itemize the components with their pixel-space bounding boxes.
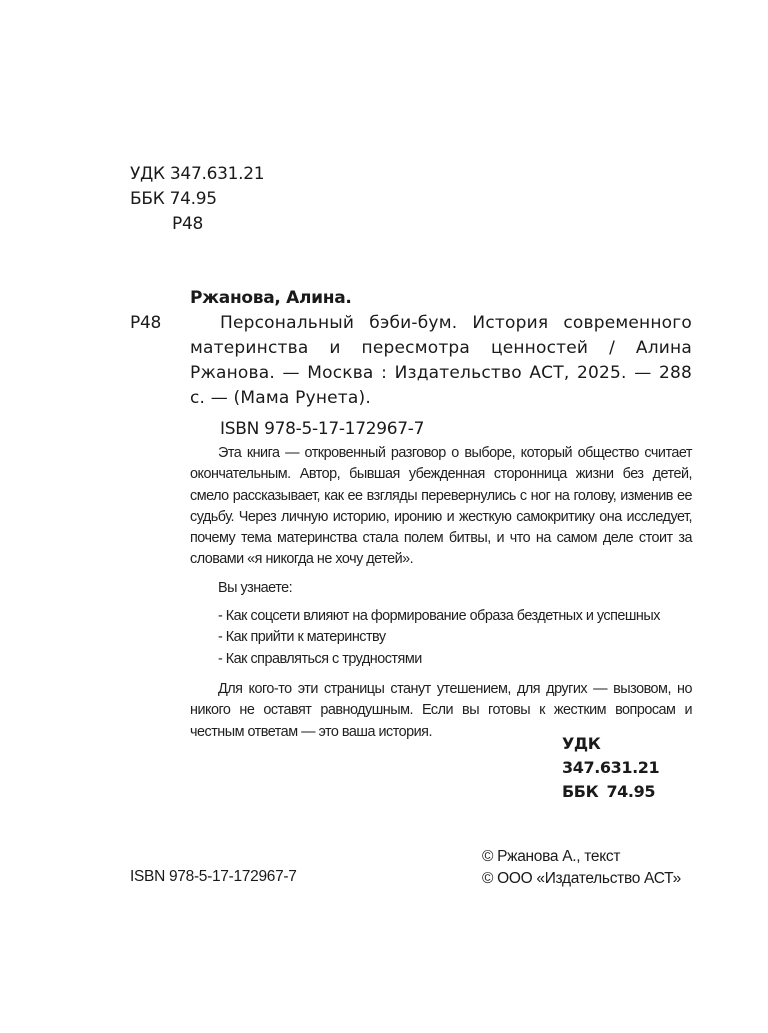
annotation-intro: Эта книга — откровенный разговор о выбор… bbox=[190, 443, 692, 571]
record-author-sign: Р48 bbox=[130, 311, 161, 336]
udk-code-bold: УДК 347.631.21 bbox=[562, 732, 692, 780]
record-isbn: ISBN 978-5-17-172967-7 bbox=[220, 417, 692, 442]
copyright-page: УДК 347.631.21 ББК 74.95 Р48 Ржанова, Ал… bbox=[0, 0, 768, 1033]
author-sign: Р48 bbox=[130, 212, 264, 237]
bibliographic-record: Ржанова, Алина. Р48 Персональный бэби-бу… bbox=[130, 286, 692, 442]
learn-title: Вы узнаете: bbox=[190, 578, 692, 599]
list-item: - Как справляться с трудностями bbox=[218, 649, 692, 670]
book-description: Персональный бэби-бум. История современн… bbox=[190, 311, 692, 411]
author-heading: Ржанова, Алина. bbox=[130, 286, 692, 311]
copyright-text: ООО «Издательство АСТ» bbox=[497, 870, 681, 887]
copyright-line: ©Ржанова А., текст bbox=[482, 846, 681, 868]
copyright-text: Ржанова А., текст bbox=[497, 848, 620, 865]
copyright-icon: © bbox=[482, 870, 493, 887]
list-item: - Как соцсети влияют на формирование обр… bbox=[218, 606, 692, 627]
learn-list: - Как соцсети влияют на формирование обр… bbox=[190, 606, 692, 670]
copyright-line: ©ООО «Издательство АСТ» bbox=[482, 868, 681, 890]
footer-isbn: ISBN 978-5-17-172967-7 bbox=[130, 868, 297, 886]
bbk-code: ББК 74.95 bbox=[130, 187, 264, 212]
classification-top: УДК 347.631.21 ББК 74.95 Р48 bbox=[130, 162, 264, 237]
bbk-code-bold: ББК 74.95 bbox=[562, 780, 692, 804]
copyright-block: ©Ржанова А., текст ©ООО «Издательство АС… bbox=[482, 846, 681, 890]
annotation: Эта книга — откровенный разговор о выбор… bbox=[190, 443, 692, 743]
list-item: - Как прийти к материнству bbox=[218, 627, 692, 648]
udk-code: УДК 347.631.21 bbox=[130, 162, 264, 187]
copyright-icon: © bbox=[482, 848, 493, 865]
classification-bottom: УДК 347.631.21 ББК 74.95 bbox=[562, 732, 692, 804]
